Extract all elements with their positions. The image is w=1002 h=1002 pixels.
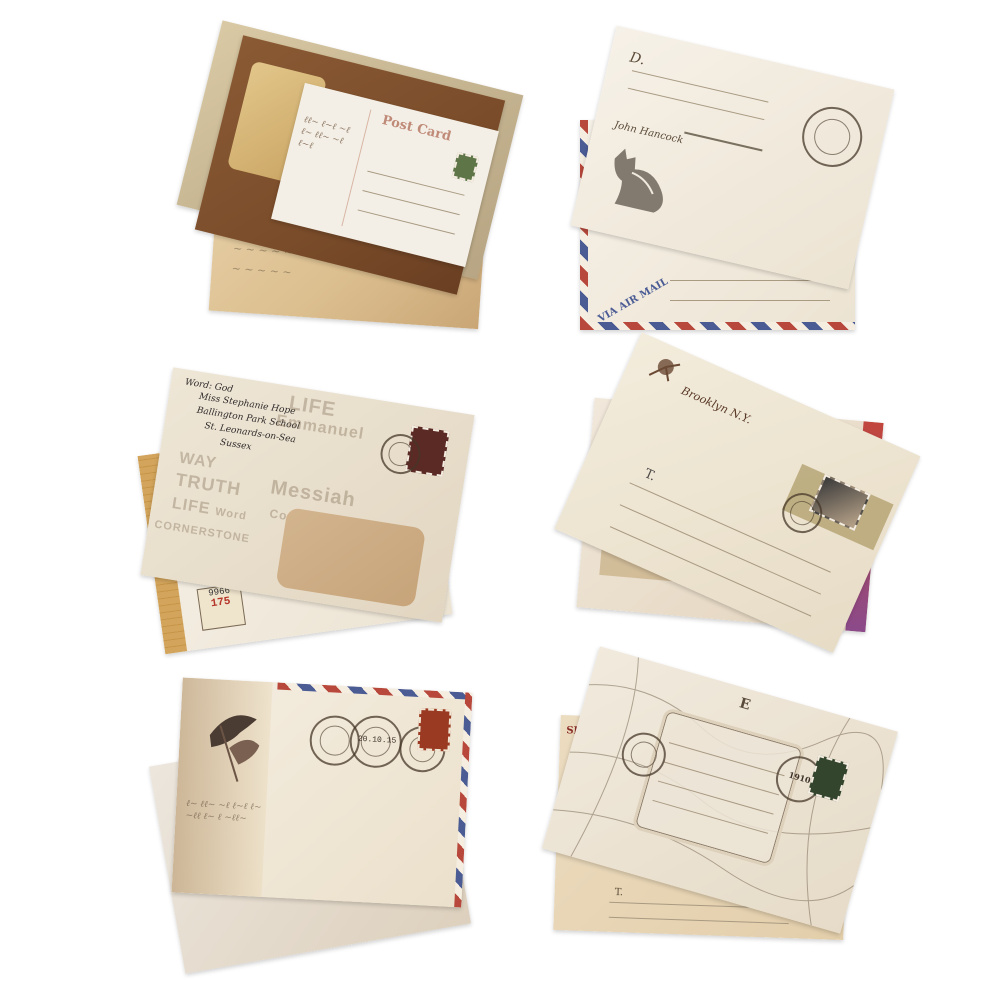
postmark-icon xyxy=(796,101,868,173)
stamp-icon xyxy=(417,708,451,752)
address-line: Sussex xyxy=(219,438,252,453)
envelope-birds: ℓ~ ℓℓ~ ~ℓ ℓ~ℓ ℓ~ ~ℓℓ ℓ~ ℓ ~ℓℓ~ 20.10.15 xyxy=(172,678,473,908)
stamp-icon xyxy=(451,152,479,183)
via-airmail-text: VIA AIR MAIL xyxy=(597,276,670,325)
envelope-set-5: ℓ~ ℓℓ~ ~ℓ ℓ~ℓ ℓ~ ~ℓℓ ℓ~ ℓ ~ℓℓ~ 20.10.15 xyxy=(155,680,485,970)
envelope-set-6: SEC T. E 1910 xyxy=(545,650,890,970)
fox-illustration-icon xyxy=(594,137,688,223)
postcard-title: Post Card xyxy=(380,113,452,145)
address-window xyxy=(275,507,426,608)
address-line: Brooklyn N.Y. xyxy=(679,384,753,427)
address-initial: D. xyxy=(628,50,646,69)
envelope-set-2: VIA AIR MAIL D. John Hancock xyxy=(575,40,895,340)
envelope-set-3: 9966 175 Word: God Miss Stephanie Hope B… xyxy=(140,375,470,675)
envelope-set-1: ~ ~ ~ ~ ~ ~ ~ ~ ~ ~ ~ Milliarden Post Ca… xyxy=(185,35,515,335)
envelope-set-4: Brooklyn N.Y. T. xyxy=(565,350,910,680)
addressee-initial: T. xyxy=(614,887,623,898)
addressee-initial: T. xyxy=(642,466,658,484)
birds-illustration-icon xyxy=(197,695,272,789)
postmark-date-icon: 20.10.15 xyxy=(348,714,403,769)
